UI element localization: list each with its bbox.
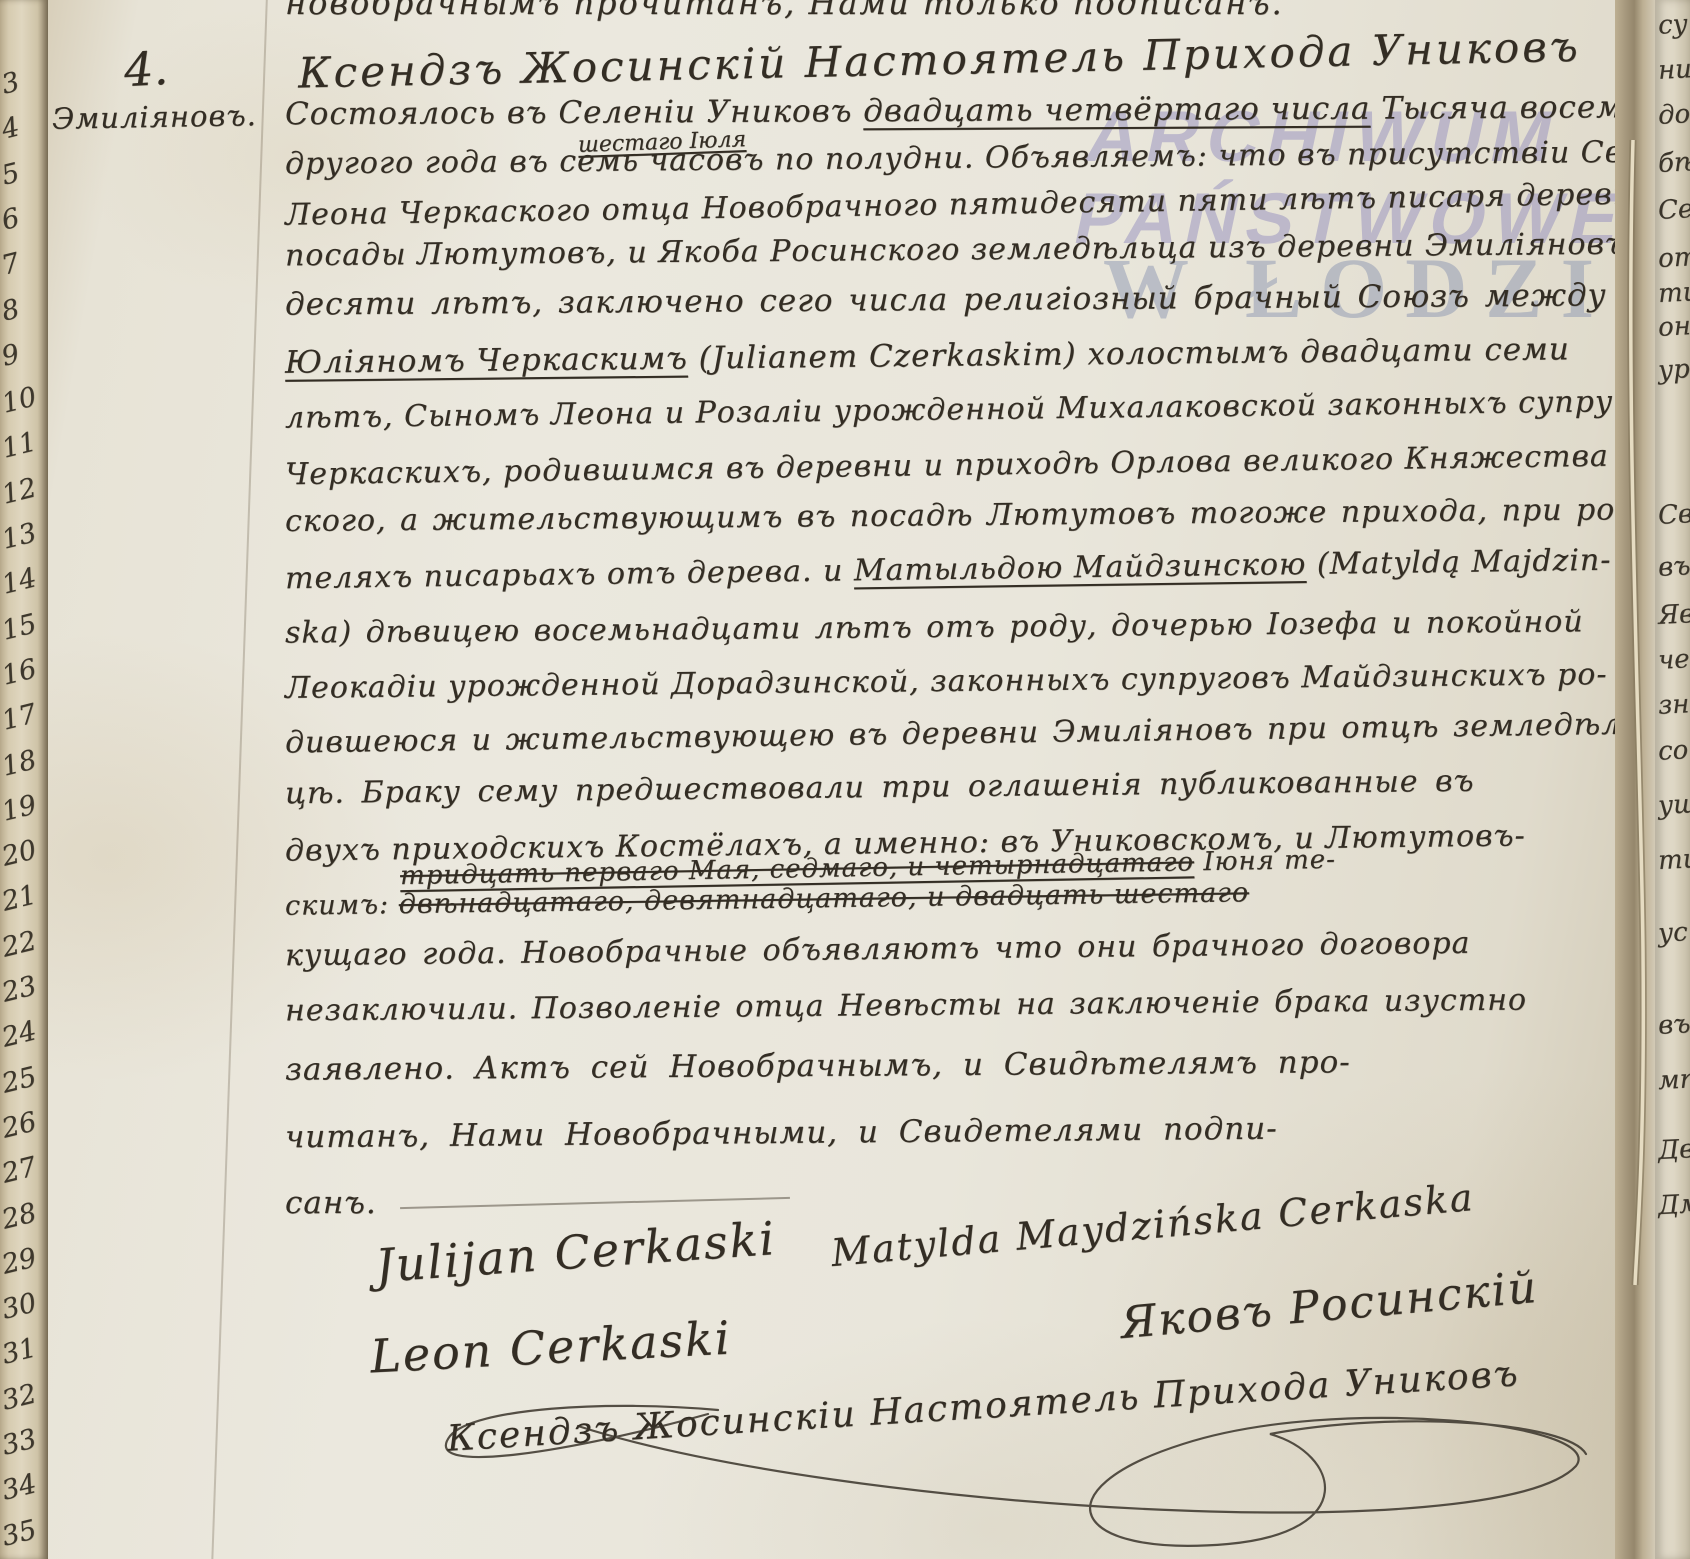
prev-page-line-number: 18: [0, 744, 40, 782]
scanned-register-page: 3456789101112131415161718192021222324252…: [0, 0, 1690, 1559]
prev-page-line-number: 29: [0, 1242, 40, 1280]
line-text: кущаго года. Новобрачные объявляютъ что …: [285, 926, 1471, 973]
emphasized-text: двадцать четвёртаго числа: [863, 91, 1370, 130]
body-line: другого года въ семь часовъ по полудни. …: [285, 133, 1615, 181]
prev-page-line-number: 15: [0, 608, 40, 646]
line-text: посады Лютутовъ, и Якоба Росинского земл…: [285, 226, 1615, 274]
next-page-fragment: ус: [1657, 917, 1688, 949]
next-page-fragment: Дв: [1657, 1134, 1690, 1166]
next-page-fragment: зн: [1657, 689, 1690, 721]
prev-page-line-number: 4: [0, 112, 23, 146]
margin-rule: [211, 0, 268, 1559]
body-line: дившеюся и жительствующею въ деревни Эми…: [285, 706, 1615, 760]
next-page-fragment: от: [1657, 242, 1690, 274]
prev-page-line-number: 9: [0, 338, 23, 372]
line-text: Состоялось въ Селенiи Униковъ: [285, 93, 863, 132]
next-page-fragment: ти: [1657, 844, 1690, 876]
binding-thread: [1615, 0, 1655, 1559]
line-text: Черкаскихъ, родившимся въ деревни и прих…: [285, 437, 1615, 493]
line-text: санъ.: [285, 1185, 377, 1221]
line-text: (Matyldą Majdzin-: [1306, 543, 1612, 582]
prev-page-line-number: 20: [0, 834, 40, 872]
line-text: ского, а жительствующимъ въ посадѣ Лютут…: [285, 492, 1615, 539]
body-line: ского, а жительствующимъ въ посадѣ Лютут…: [285, 492, 1615, 539]
body-line: Леокадiи урожденной Дорадзинской, законн…: [285, 657, 1608, 706]
body-line: санъ.: [285, 1185, 377, 1221]
record-heading: Ксендзъ Жосинскiй Настоятель Прихода Уни…: [298, 23, 1499, 97]
body-line: теляхъ писарьахъ отъ дерева. и Матыльдою…: [285, 543, 1612, 597]
entry-number: 4.: [123, 41, 170, 97]
next-page-fragment: Св: [1657, 499, 1690, 531]
line-text: Леона Черкаского отца Новобрачного пятид…: [285, 174, 1615, 233]
body-line: Черкаскихъ, родившимся въ деревни и прих…: [285, 437, 1615, 493]
next-page-fragment: Дм: [1657, 1189, 1690, 1221]
prev-page-line-number: 17: [0, 698, 40, 736]
line-text: заявлено. Актъ сей Новобрачнымъ, и Свидѣ…: [285, 1044, 1351, 1087]
prev-page-line-number: 6: [0, 202, 23, 236]
emphasized-text: Матыльдою Майдзинскою: [854, 547, 1307, 588]
next-page-fragment: въ: [1657, 1009, 1690, 1041]
body-line: десяти лѣтъ, заключено сего числа религi…: [285, 277, 1607, 322]
emphasized-text: Юлiяномъ Черкаскимъ: [285, 341, 688, 381]
previous-page-edge: 3456789101112131415161718192021222324252…: [0, 0, 48, 1559]
prev-page-line-number: 21: [0, 880, 40, 918]
signature: Яковъ Росинскiй: [1119, 1262, 1540, 1349]
line-text: дившеюся и жительствующею въ деревни Эми…: [285, 706, 1615, 760]
next-page-fragment: до: [1657, 99, 1690, 131]
next-page-fragment: бѣ: [1657, 147, 1690, 179]
prev-page-line-number: 26: [0, 1106, 40, 1144]
body-line: Леона Черкаского отца Новобрачного пятид…: [285, 174, 1615, 233]
prev-page-line-number: 25: [0, 1061, 40, 1099]
line-text: десяти лѣтъ, заключено сего числа религi…: [285, 277, 1607, 322]
prev-page-line-number: 34: [0, 1469, 40, 1507]
prev-page-line-number: 27: [0, 1151, 40, 1189]
prev-page-line-number: 33: [0, 1423, 40, 1461]
line-text: Тысяча восемьсотъ девяносто: [1370, 88, 1615, 127]
body-line: цѣ. Браку сему предшествовали три оглаше…: [285, 764, 1475, 811]
line-text: лѣтъ, Сыномъ Леона и Розалiи урожденной …: [285, 383, 1615, 435]
prev-page-line-number: 5: [0, 157, 23, 191]
next-page-fragment: ущ: [1657, 789, 1690, 821]
prev-page-line-number: 19: [0, 789, 40, 827]
prev-page-line-number: 13: [0, 517, 40, 555]
next-page-fragment: ур: [1657, 354, 1690, 386]
body-line: читанъ, Нами Новобрачными, и Свидетелями…: [285, 1111, 1278, 1156]
binding-gutter: [1615, 0, 1655, 1559]
prev-page-line-number: 16: [0, 653, 40, 691]
prev-page-line-number: 30: [0, 1287, 40, 1325]
body-line: заявлено. Актъ сей Новобрачнымъ, и Свидѣ…: [285, 1044, 1351, 1087]
prev-page-line-number: 8: [0, 293, 23, 327]
line-text: Леокадiи урожденной Дорадзинской, законн…: [285, 657, 1608, 706]
line-text: теляхъ писарьахъ отъ дерева. и: [285, 553, 854, 596]
prev-page-line-number: 35: [0, 1514, 40, 1552]
signature: Julijan Cerkaski: [374, 1211, 778, 1293]
line-text: скимъ:: [285, 889, 399, 922]
line-text: (Julianem Czerkaskim) холостымъ двадцати…: [688, 331, 1570, 376]
prev-page-line-number: 14: [0, 563, 40, 601]
line-text: ska) дѣвицею восемьнадцати лѣтъ отъ роду…: [285, 604, 1584, 650]
prev-page-line-number: 11: [0, 427, 40, 465]
register-page: ARCHIWUM PAŃSTWOWE W ŁODZI 4. Эмилiяновъ…: [48, 0, 1615, 1559]
line-text: Іюня те-: [1194, 845, 1336, 877]
prev-page-line-number: 3: [0, 66, 23, 100]
line-text: читанъ, Нами Новобрачными, и Свидетелями…: [285, 1111, 1278, 1156]
line-text: незаключили. Позволенiе отца Невѣсты на …: [285, 983, 1527, 1029]
next-page-fragment: Се: [1657, 194, 1690, 226]
next-page-fragment: су: [1657, 9, 1688, 41]
body-line: незаключили. Позволенiе отца Невѣсты на …: [285, 983, 1527, 1029]
line-text: цѣ. Браку сему предшествовали три оглаше…: [285, 764, 1475, 811]
next-page-fragment: Яв: [1657, 599, 1690, 631]
entry-place-name: Эмилiяновъ.: [52, 98, 257, 136]
next-page-fragment: тц: [1657, 277, 1690, 309]
next-page-fragment: че: [1657, 644, 1690, 676]
signature: Matylda Maydzińska Cerkaska: [829, 1175, 1476, 1275]
prev-page-line-number: 10: [0, 381, 40, 419]
prev-page-line-number: 23: [0, 970, 40, 1008]
next-page-fragment: въ: [1657, 551, 1690, 583]
prev-page-line-number: 7: [0, 248, 23, 282]
next-page-fragment: он: [1657, 311, 1690, 343]
prev-page-line-number: 31: [0, 1333, 40, 1371]
prev-page-line-number: 32: [0, 1378, 40, 1416]
next-page-fragment: со: [1657, 735, 1689, 767]
next-page-fragment: мѣ: [1657, 1064, 1690, 1096]
body-line: Состоялось въ Селенiи Униковъ двадцать ч…: [285, 88, 1615, 133]
signature: Leon Cerkaski: [369, 1311, 733, 1384]
body-line: ska) дѣвицею восемьнадцати лѣтъ отъ роду…: [285, 604, 1584, 650]
body-line: посады Лютутовъ, и Якоба Росинского земл…: [285, 226, 1615, 274]
body-line: лѣтъ, Сыномъ Леона и Розалiи урожденной …: [285, 383, 1615, 435]
previous-entry-fragment: новобрачнымъ прочитанъ, Нами только подп…: [285, 0, 1284, 22]
body-line: кущаго года. Новобрачные объявляютъ что …: [285, 926, 1471, 973]
signature-flourish: [278, 1392, 1615, 1559]
next-page-edge: сунидобѣСеоттцонурСввъЯвчезнсоущтиусвъмѣ…: [1655, 0, 1690, 1559]
next-page-fragment: ни: [1657, 54, 1690, 86]
prev-page-line-number: 28: [0, 1197, 40, 1235]
prev-page-line-number: 22: [0, 925, 40, 963]
prev-page-line-number: 24: [0, 1016, 40, 1054]
closing-dash: [400, 1197, 790, 1209]
prev-page-line-number: 12: [0, 472, 40, 510]
line-text: другого года въ семь часовъ по полудни. …: [285, 133, 1615, 181]
body-line: Юлiяномъ Черкаскимъ (Julianem Czerkaskim…: [285, 331, 1570, 380]
